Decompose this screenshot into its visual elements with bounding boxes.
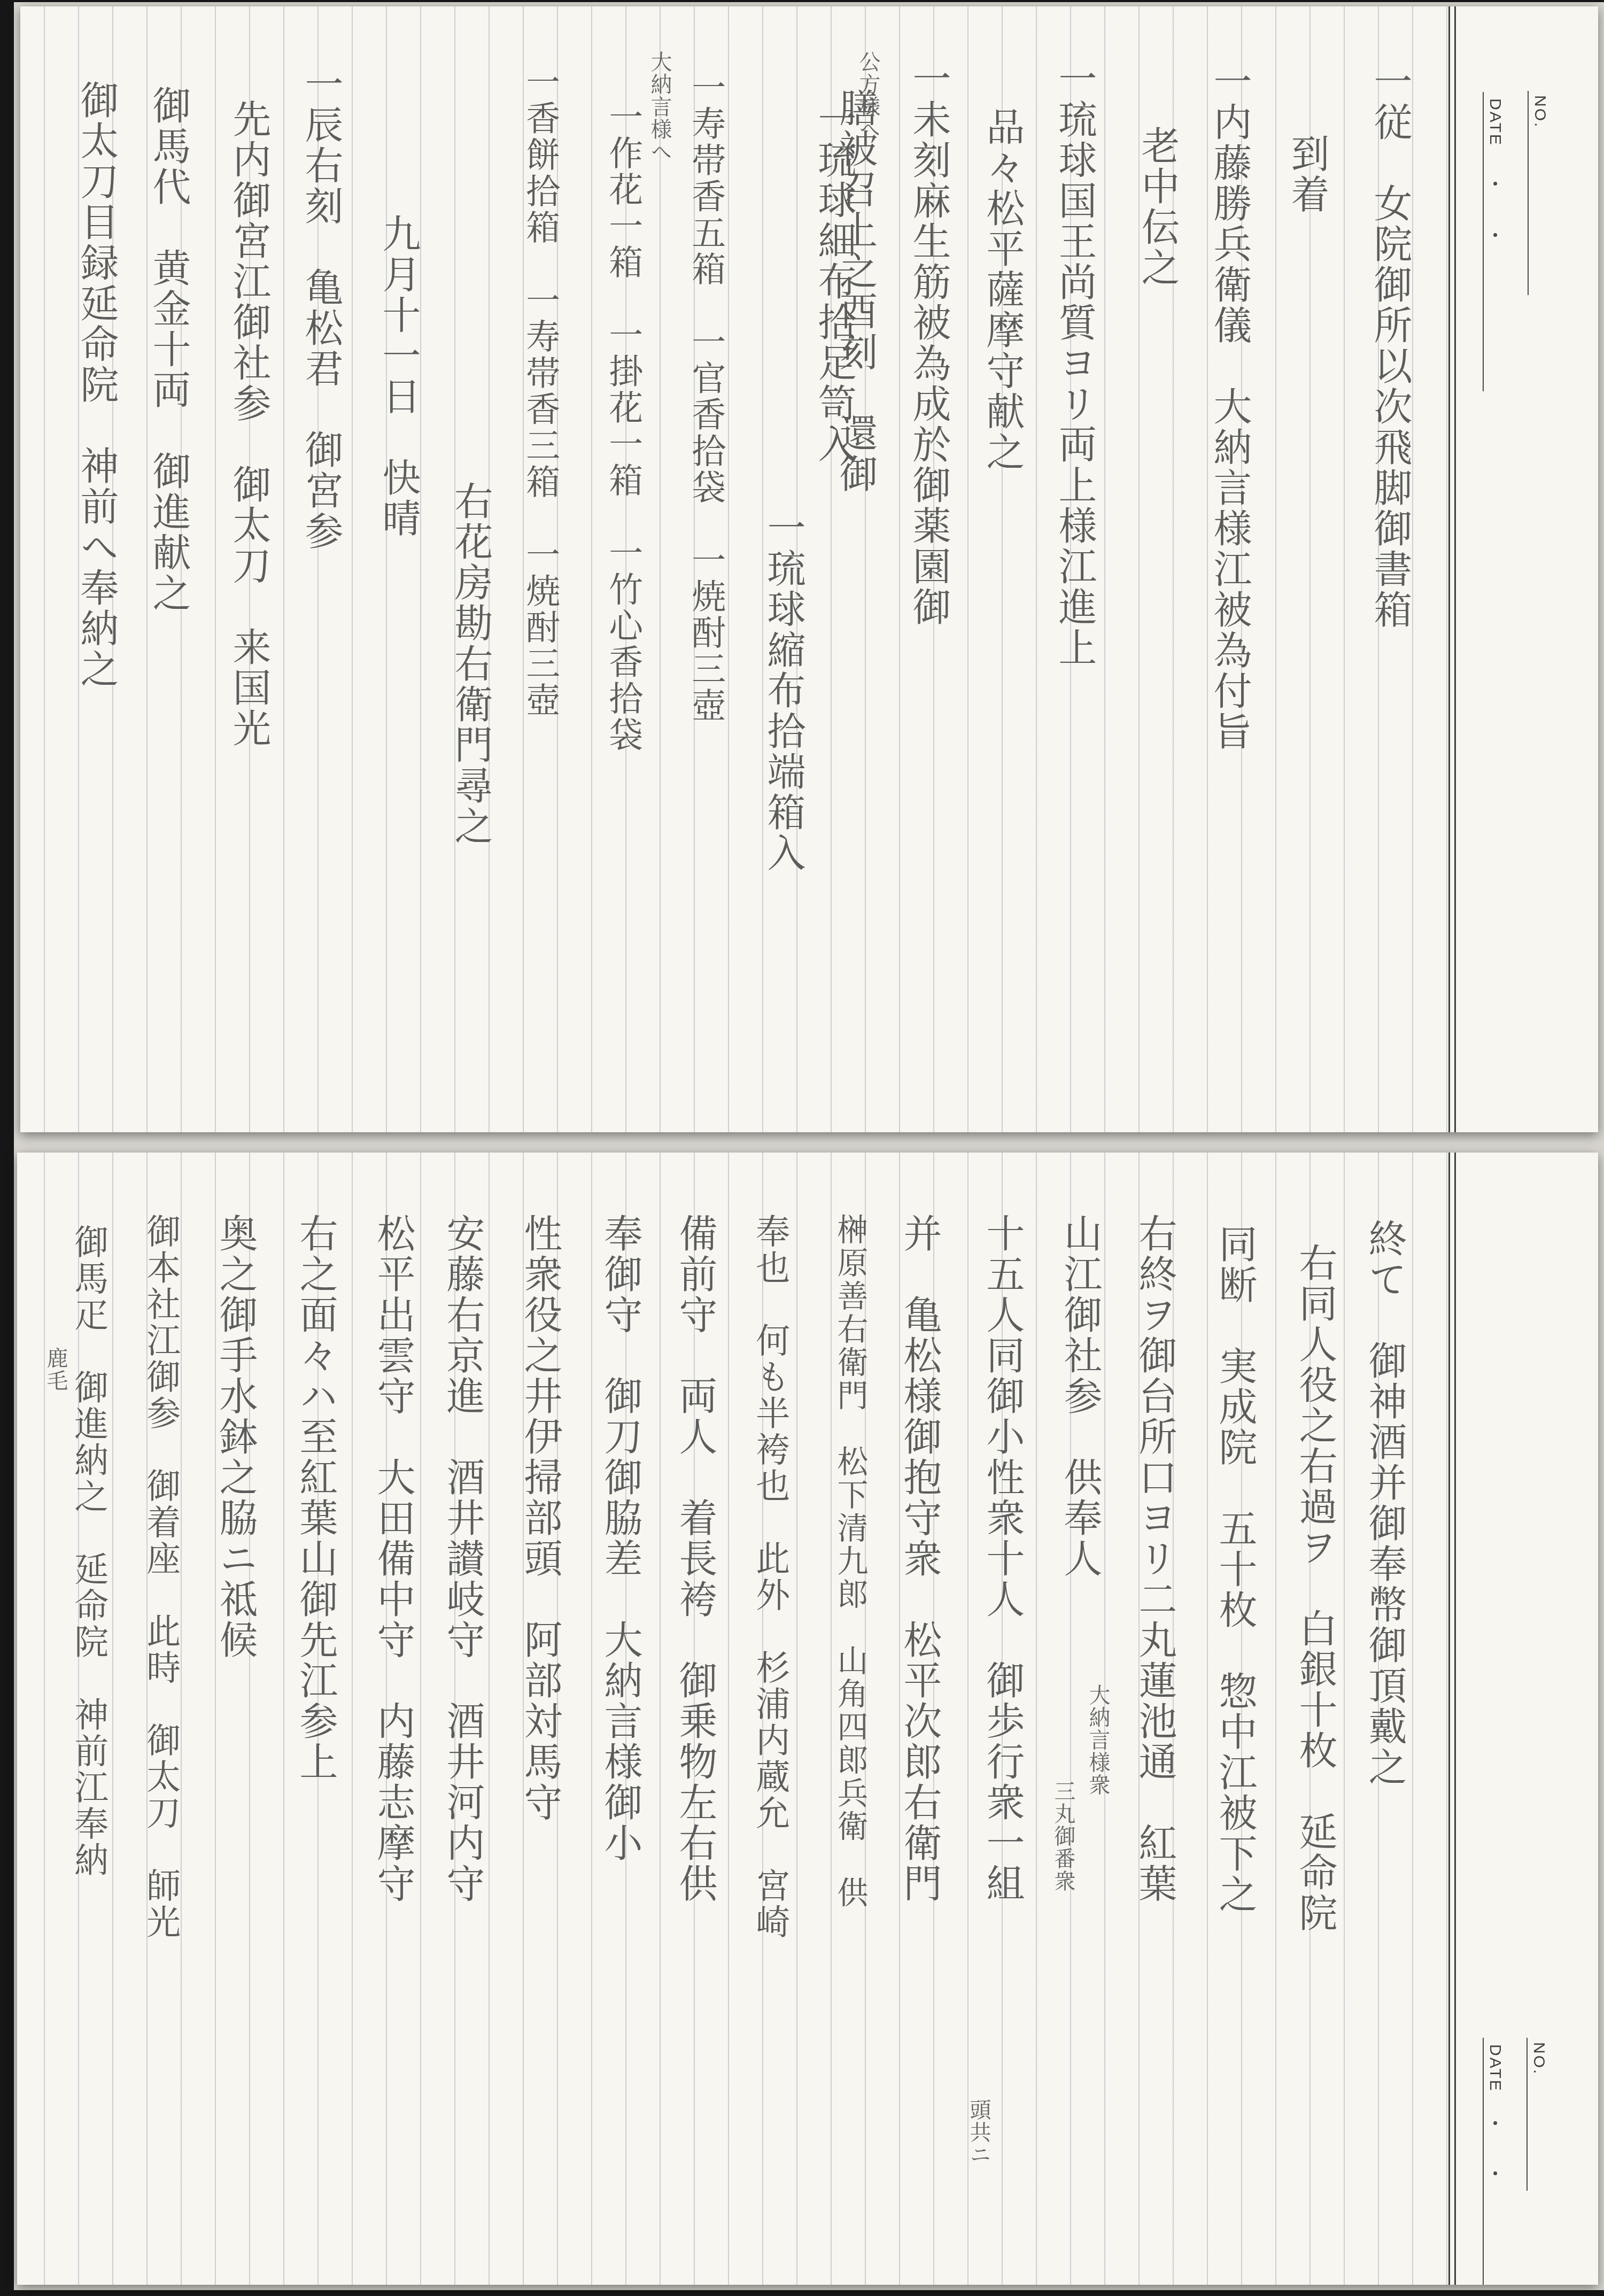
manuscript-column: 品々松平薩摩守献之 — [977, 107, 1027, 473]
manuscript-column: 備前守 両人 着長袴 御乗物左右供 — [670, 1213, 720, 1904]
manuscript-annotation: 大納言様へ — [646, 51, 673, 163]
manuscript-column: 到着 — [1282, 134, 1332, 215]
scanned-notebook-spread: NO. DATE 一従 女院御所以次飛脚御書箱到着一内藤勝兵衛儀 大納言様江被為… — [0, 0, 1604, 2296]
manuscript-column: 一辰右刻 亀松君 御宮参 — [296, 64, 346, 552]
manuscript-annotation: 鹿毛 — [42, 1347, 69, 1392]
manuscript-columns: 終て 御神酒并御奉幣御頂戴之右同人役之右過ヲ 白銀十枚 延命院同断 実成院 五十… — [17, 1153, 1598, 2285]
notebook-page-bottom: NO. DATE 終て 御神酒并御奉幣御頂戴之右同人役之右過ヲ 白銀十枚 延命院… — [17, 1153, 1598, 2285]
manuscript-column: 同断 実成院 五十枚 惣中江被下之 — [1210, 1224, 1260, 1915]
manuscript-column: 并 亀松様御抱守衆 松平次郎右衛門 — [894, 1213, 944, 1904]
manuscript-column: 右花房勘右衛門尋之 — [445, 481, 495, 847]
manuscript-annotation: 大納言様衆 — [1084, 1684, 1111, 1796]
manuscript-column: 十五人同御小性衆十人 御歩行衆一組 — [977, 1213, 1027, 1904]
manuscript-column: 一従 女院御所以次飛脚御書箱 — [1365, 61, 1415, 630]
manuscript-column: 奉也 何も半袴也 此外 杉浦内蔵允 宮崎 — [747, 1213, 792, 1941]
manuscript-column: 右同人役之右過ヲ 白銀十枚 延命院 — [1290, 1243, 1340, 1934]
manuscript-column: 松平出雲守 大田備中守 内藤志摩守 — [368, 1213, 418, 1904]
manuscript-column: 山江御社参 供奉人 — [1055, 1213, 1105, 1579]
manuscript-column: 一香餅拾箱 一寿帯香三箱 一焼酎三壺 — [517, 64, 562, 718]
manuscript-column: 右終ヲ御台所口ヨリ二丸蓮池通 紅葉 — [1129, 1213, 1180, 1904]
manuscript-column: 奥之御手水鉢之脇ニ祗候 — [210, 1213, 260, 1660]
manuscript-column: 先内御宮江御社参 御太刀 来国光 — [223, 99, 274, 749]
manuscript-annotation: 三丸御番衆 — [1050, 1780, 1076, 1892]
notebook-page-top: NO. DATE 一従 女院御所以次飛脚御書箱到着一内藤勝兵衛儀 大納言様江被為… — [20, 6, 1598, 1132]
manuscript-annotation: 頭共ニ — [965, 2099, 992, 2166]
manuscript-column: 性衆役之井伊掃部頭 阿部対馬守 — [515, 1213, 565, 1823]
manuscript-column: 右之面々ハ至紅葉山御先江参上 — [290, 1213, 340, 1782]
manuscript-columns: 一従 女院御所以次飛脚御書箱到着一内藤勝兵衛儀 大納言様江被為付旨老中伝之一琉球… — [20, 6, 1598, 1132]
manuscript-column: 一作花一箱 一掛花一箱 一竹心香拾袋 — [600, 99, 645, 753]
manuscript-column: 一琉球細布拾足笥入 — [809, 99, 859, 465]
manuscript-column: 御本社江御参 御着座 此時 御太刀 師光 — [138, 1213, 182, 1941]
manuscript-column: 御馬代 黄金十両 御進献之 — [143, 86, 193, 614]
manuscript-column: 御馬疋 御進納之 延命院 神前江奉納 — [66, 1224, 110, 1878]
manuscript-column: 九月十一日 快晴 — [373, 214, 423, 539]
manuscript-column: 奉御守 御刀御脇差 大納言様御小 — [595, 1213, 645, 1864]
manuscript-column: 老中伝之 — [1132, 126, 1182, 288]
manuscript-column: 一未刻麻生筋被為成於御薬園御 — [903, 59, 954, 628]
manuscript-column: 一寿帯香五箱 一官香拾袋 一焼酎三壺 — [683, 69, 727, 724]
manuscript-column: 一琉球縮布拾端箱入 — [758, 508, 808, 873]
manuscript-column: 終て 御神酒并御奉幣御頂戴之 — [1359, 1219, 1409, 1788]
manuscript-column: 御太刀目録延命院 神前へ奉納之 — [71, 80, 121, 690]
manuscript-column: 榊原善右衛門 松下清九郎 山角四郎兵衛 供 — [830, 1213, 870, 1910]
manuscript-column: 一琉球国王尚質ヨリ両上様江進上 — [1049, 59, 1099, 668]
manuscript-column: 一内藤勝兵衛儀 大納言様江被為付旨 — [1204, 61, 1254, 752]
manuscript-column: 安藤右京進 酒井讃岐守 酒井河内守 — [437, 1213, 487, 1904]
